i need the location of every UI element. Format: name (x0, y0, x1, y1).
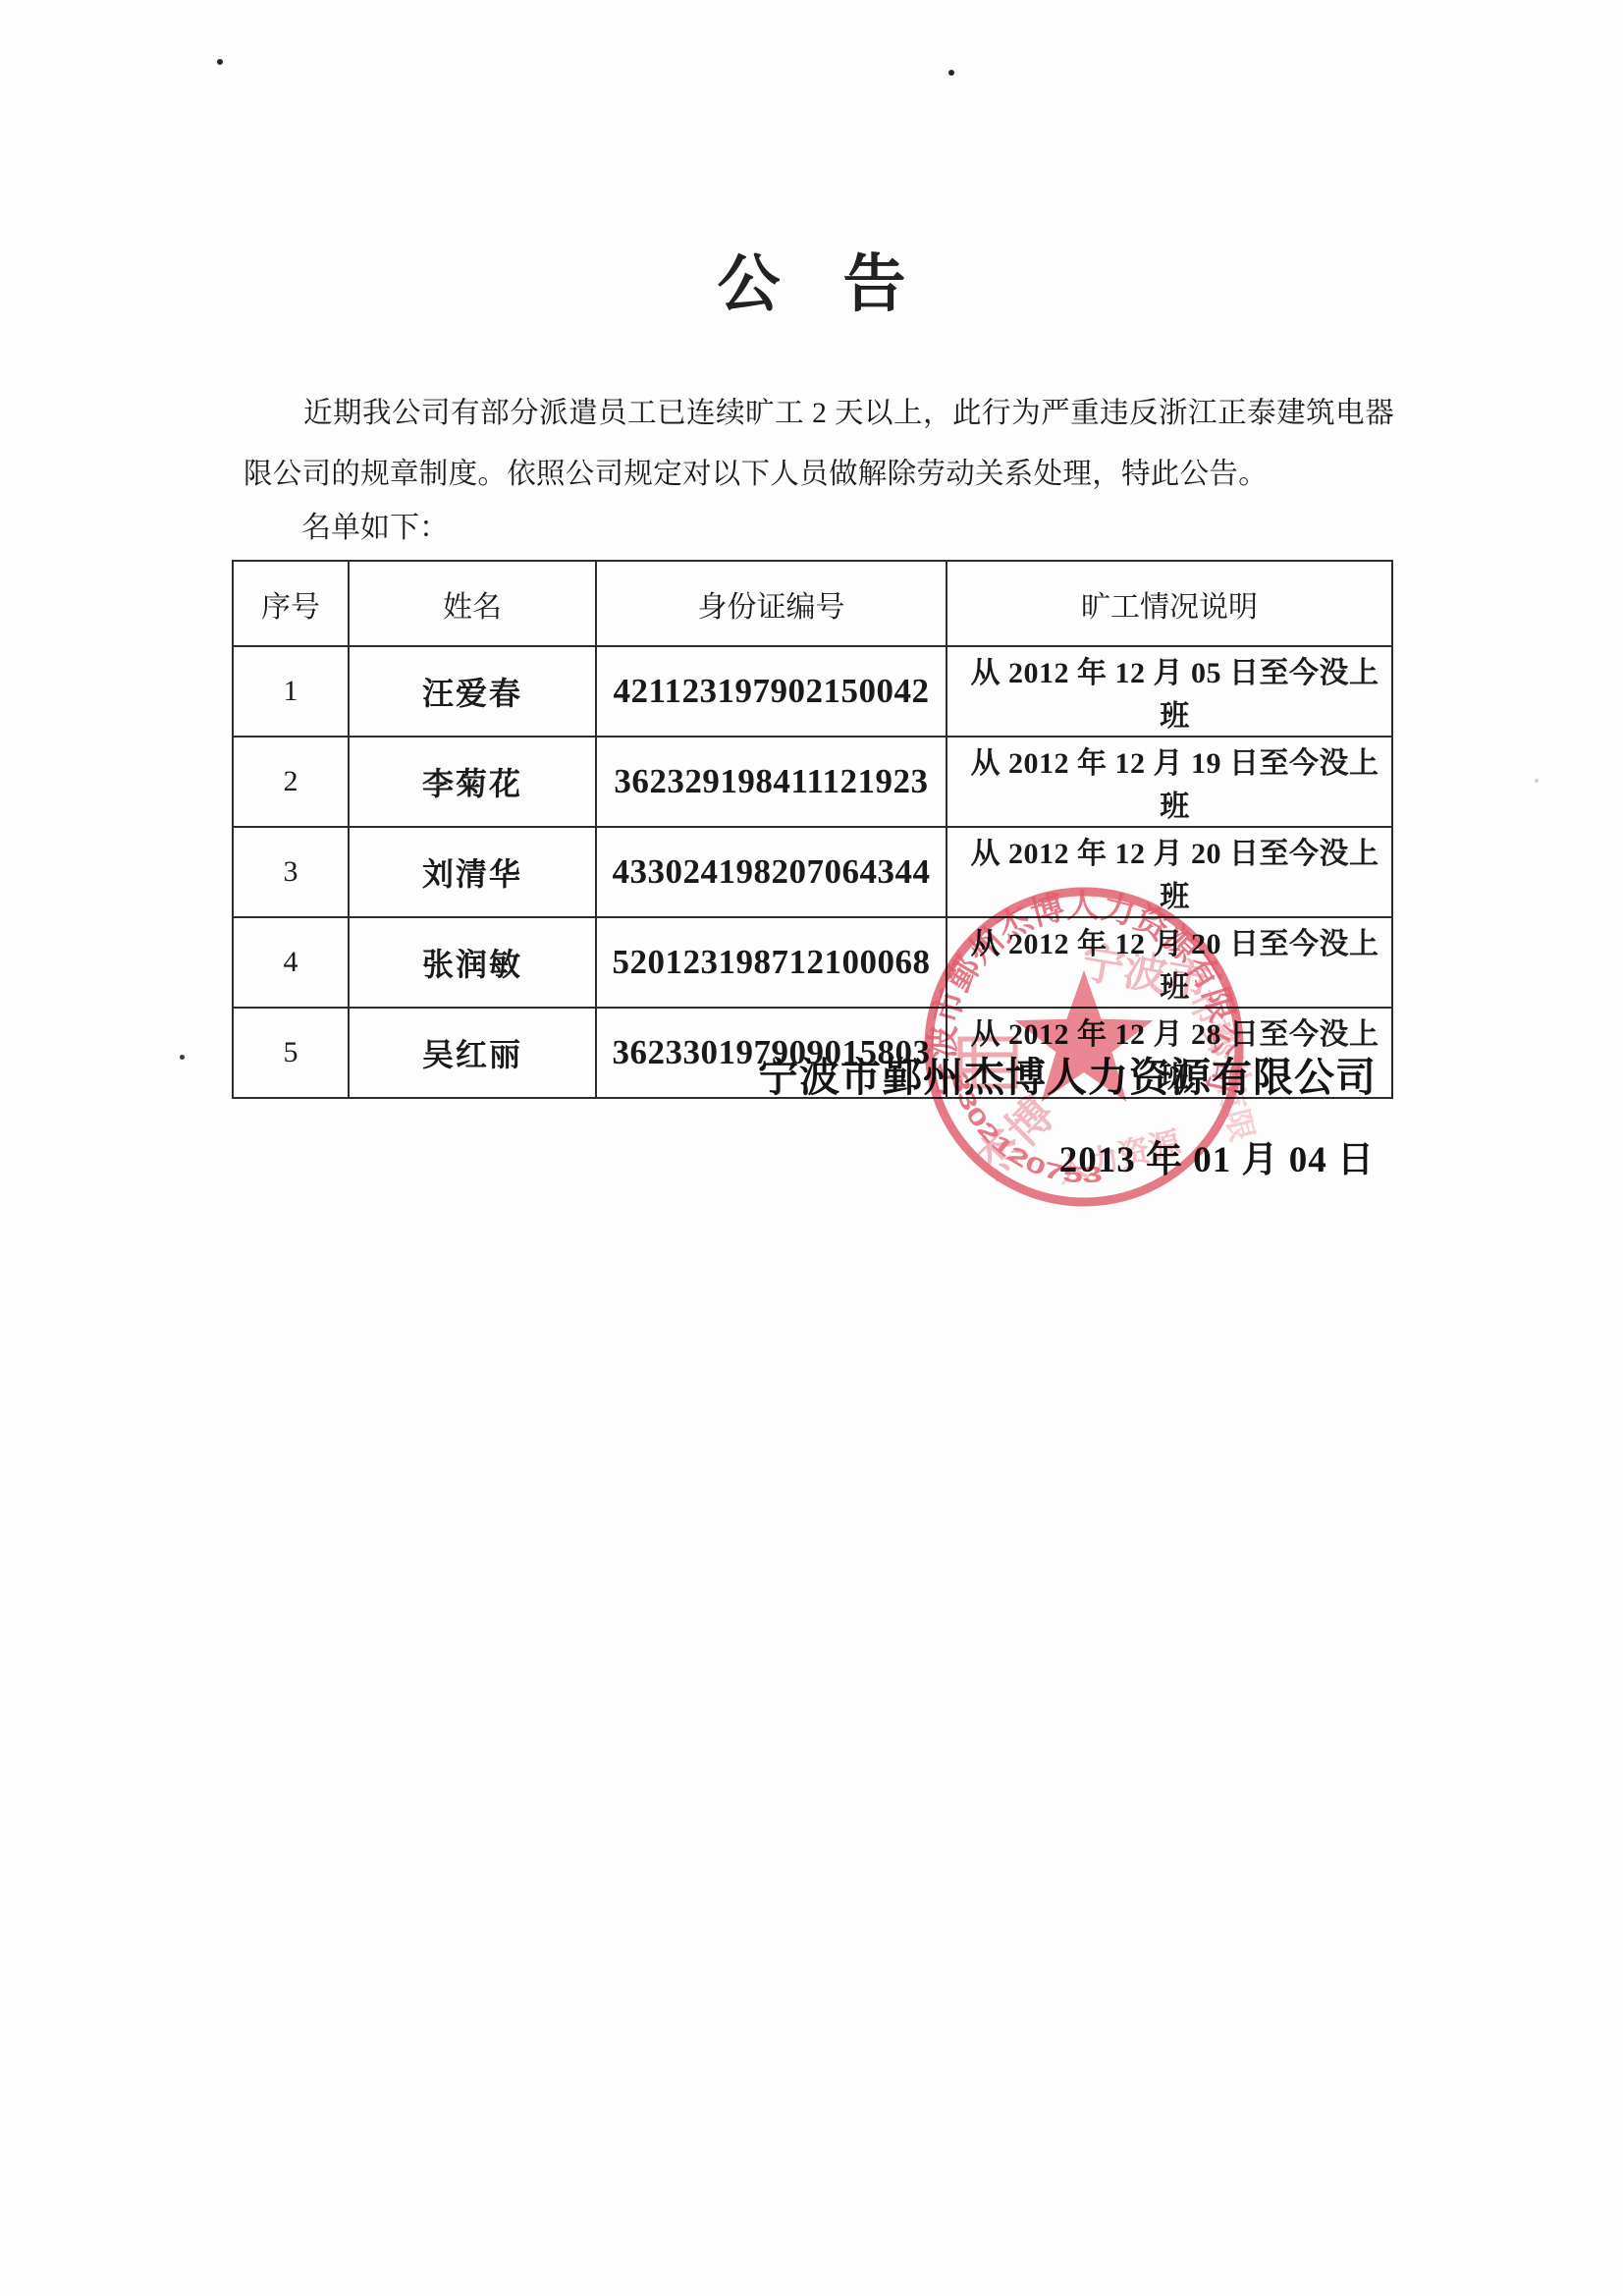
scan-artifact-dot (948, 70, 954, 76)
absence-description-cell: 从 2012 年 12 月 20 日至今没上班 (947, 917, 1392, 1008)
id-number-cell: 433024198207064344 (596, 827, 947, 917)
row-number-cell: 4 (233, 917, 349, 1008)
name-cell: 刘清华 (349, 827, 596, 917)
row-number-cell: 3 (233, 827, 349, 917)
header-absence-description: 旷工情况说明 (947, 561, 1392, 646)
id-number-cell: 520123198712100068 (596, 917, 947, 1008)
body-paragraph: 近期我公司有部分派遣员工已连续旷工 2 天以上，此行为严重违反浙江正泰建筑电器有… (243, 383, 1394, 505)
name-cell: 汪爱春 (349, 646, 596, 737)
paragraph-line-2: 限公司的规章制度。依照公司规定对以下人员做解除劳动关系处理，特此公告。 (243, 444, 1394, 505)
absence-description-cell: 从 2012 年 12 月 19 日至今没上班 (947, 737, 1392, 827)
scan-artifact-dot (1535, 779, 1539, 783)
table-row: 3刘清华433024198207064344从 2012 年 12 月 20 日… (233, 827, 1392, 917)
table-row: 1汪爱春421123197902150042从 2012 年 12 月 05 日… (233, 646, 1392, 737)
table-header-row: 序号 姓名 身份证编号 旷工情况说明 (233, 561, 1392, 646)
header-name: 姓名 (349, 561, 596, 646)
list-intro-label: 名单如下： (301, 509, 449, 548)
table-row: 4张润敏520123198712100068从 2012 年 12 月 20 日… (233, 917, 1392, 1008)
table-row: 2李菊花362329198411121923从 2012 年 12 月 19 日… (233, 737, 1392, 827)
signature-company: 宁波市鄞州杰博人力资源有限公司 (758, 1045, 1377, 1103)
absence-description-cell: 从 2012 年 12 月 20 日至今没上班 (947, 827, 1392, 917)
row-number-cell: 5 (233, 1008, 349, 1098)
name-cell: 李菊花 (349, 737, 596, 827)
paragraph-line-1: 近期我公司有部分派遣员工已连续旷工 2 天以上，此行为严重违反浙江正泰建筑电器有 (243, 383, 1394, 444)
row-number-cell: 2 (233, 737, 349, 827)
signature-date: 2013 年 01 月 04 日 (1059, 1129, 1375, 1182)
scan-artifact-dot (180, 1055, 185, 1060)
name-cell: 张润敏 (349, 917, 596, 1008)
document-title: 公 告 (0, 247, 1623, 323)
name-cell: 吴红丽 (349, 1008, 596, 1098)
row-number-cell: 1 (233, 646, 349, 737)
id-number-cell: 421123197902150042 (596, 646, 947, 737)
id-number-cell: 362329198411121923 (596, 737, 947, 827)
header-serial-number: 序号 (233, 561, 349, 646)
absence-roster-table: 序号 姓名 身份证编号 旷工情况说明 1汪爱春42112319790215004… (232, 560, 1393, 1099)
absence-description-cell: 从 2012 年 12 月 05 日至今没上班 (947, 646, 1392, 737)
announcement-document: 公 告 近期我公司有部分派遣员工已连续旷工 2 天以上，此行为严重违反浙江正泰建… (0, 0, 1623, 2296)
scan-artifact-dot (217, 59, 223, 65)
seal-ghost-mid: 杰博 (965, 1088, 1064, 1187)
header-id-number: 身份证编号 (596, 561, 947, 646)
